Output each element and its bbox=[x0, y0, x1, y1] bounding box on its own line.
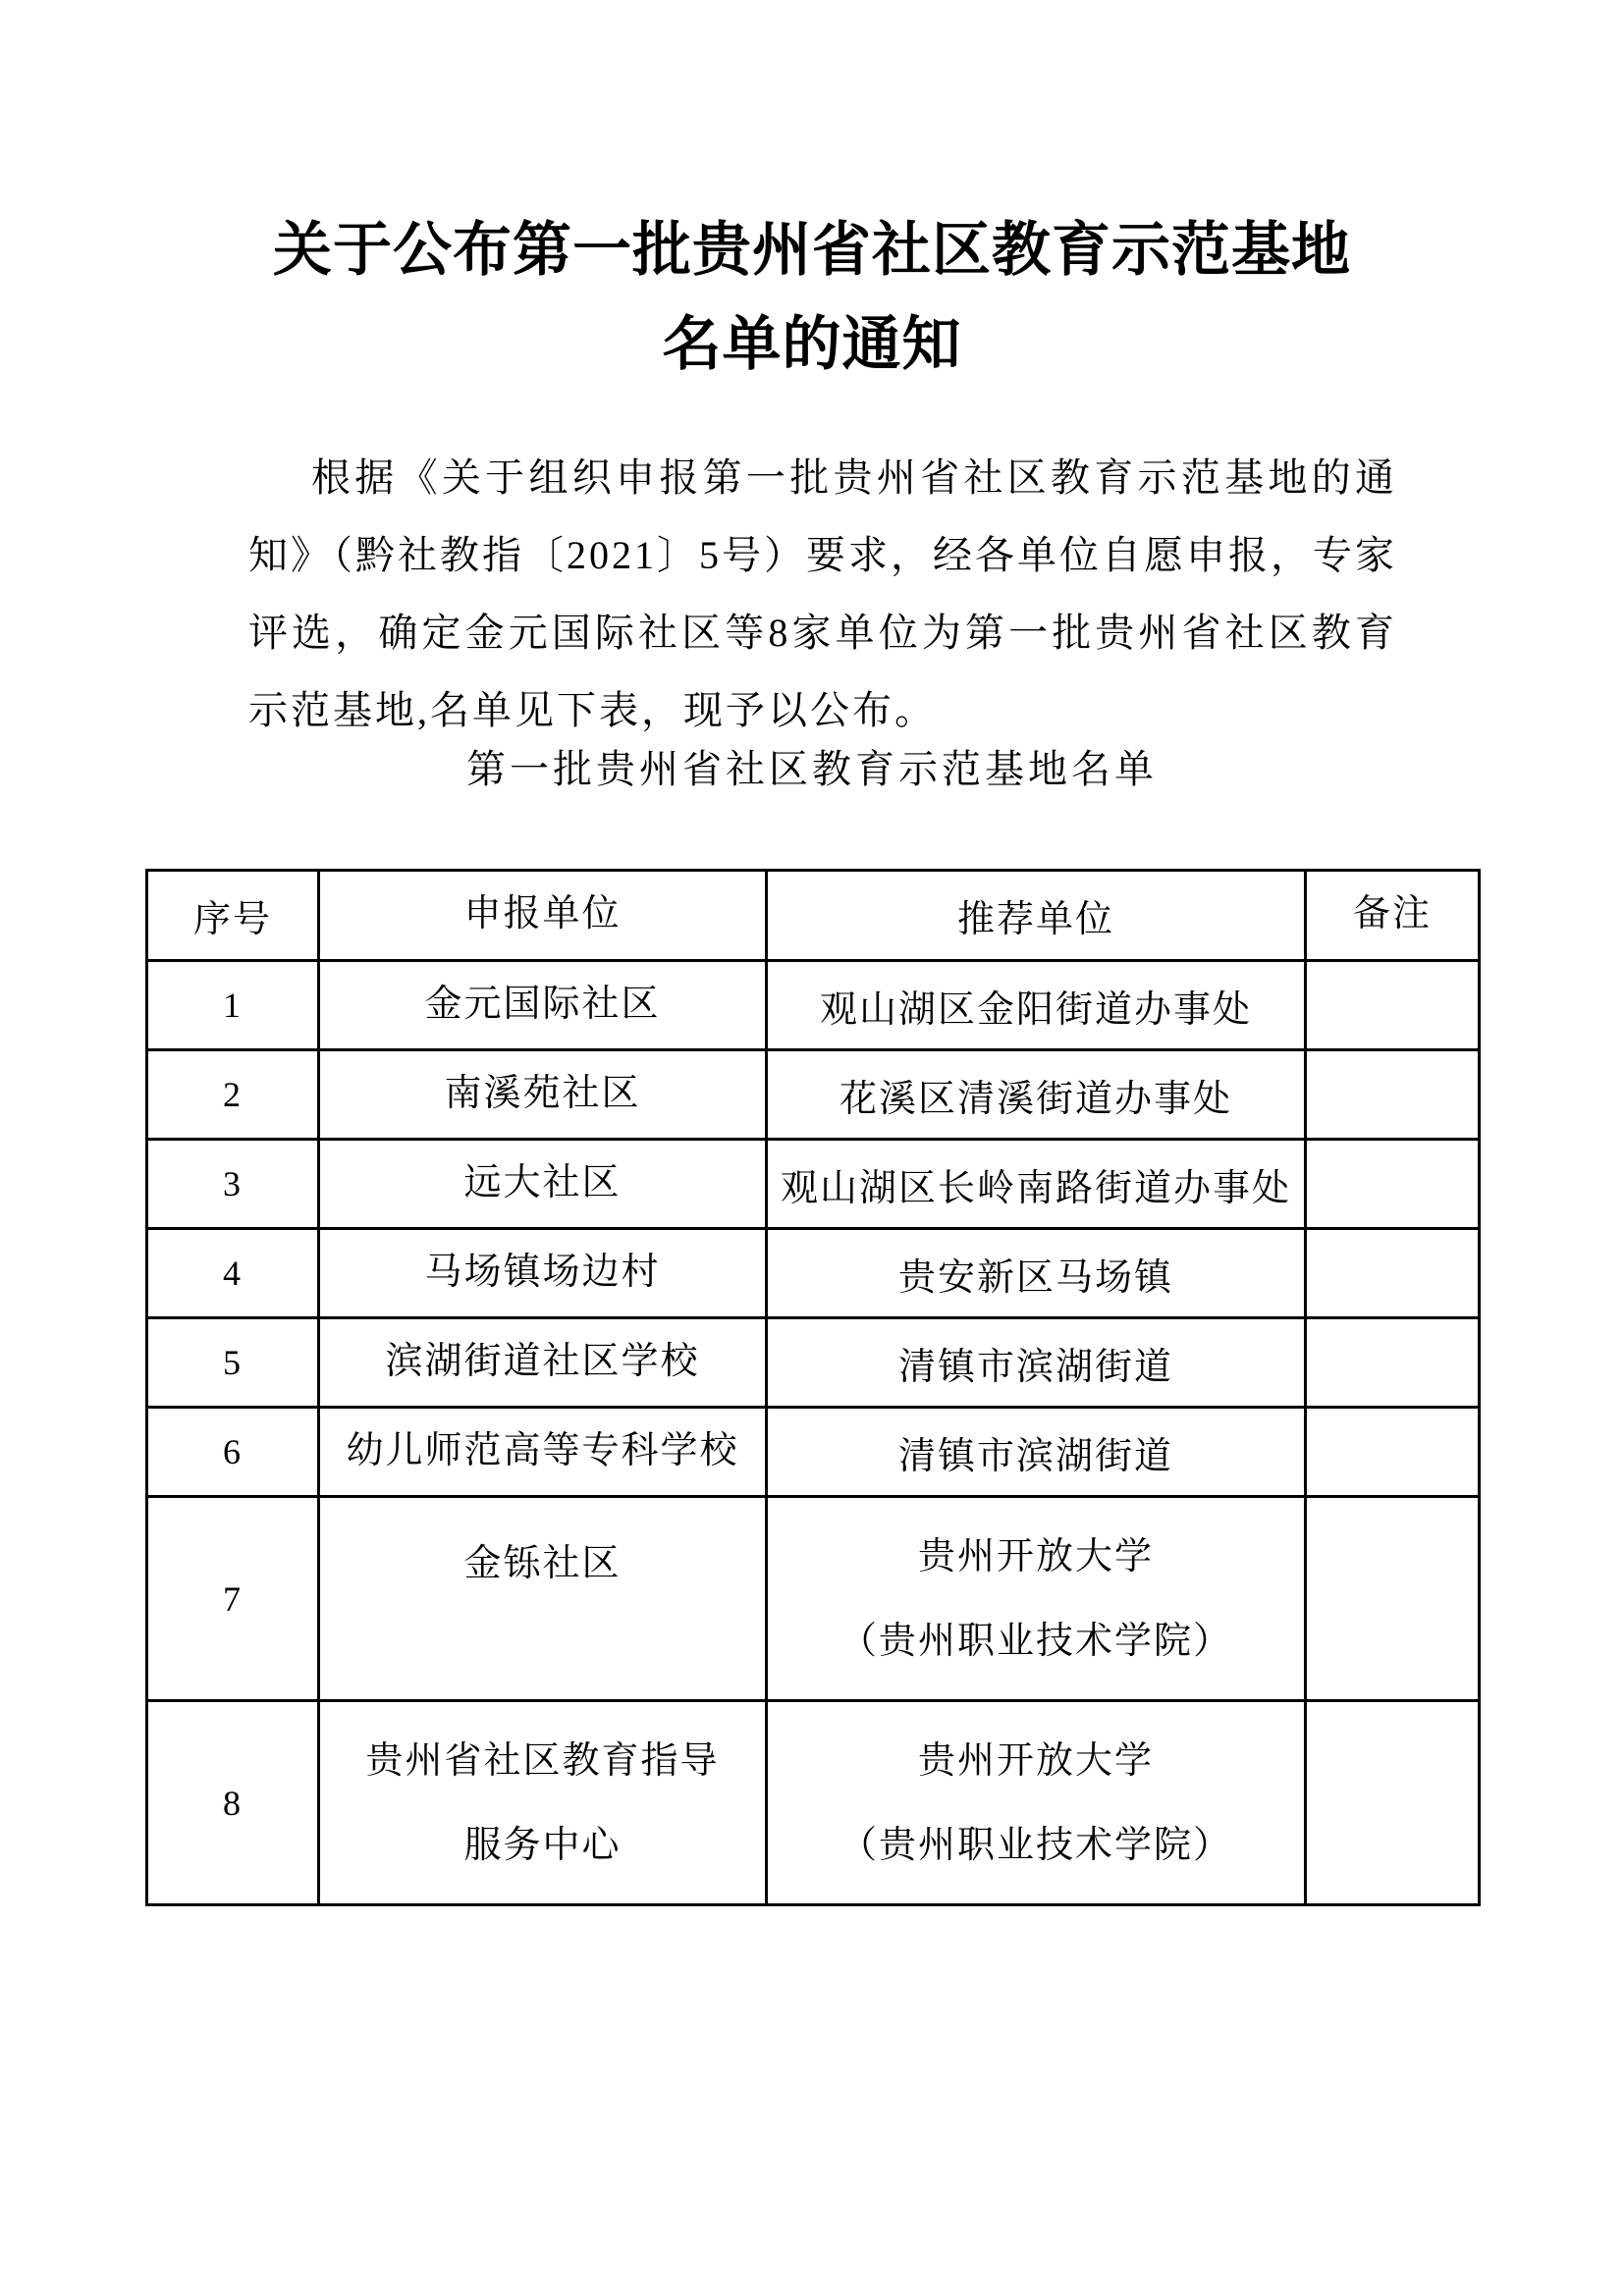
document-title-line-1: 关于公布第一批贵州省社区教育示范基地 bbox=[0, 216, 1624, 285]
cell-recommending-unit-line: （贵州职业技术学院） bbox=[768, 1599, 1304, 1683]
document-title-line-2: 名单的通知 bbox=[0, 310, 1624, 379]
cell-serial-no: 3 bbox=[147, 1140, 319, 1229]
cell-applicant-unit-text: 幼儿师范高等专科学校 bbox=[346, 1430, 738, 1471]
cell-applicant-unit: 金元国际社区 bbox=[319, 961, 767, 1050]
cell-remarks bbox=[1306, 961, 1480, 1050]
cell-recommending-unit-line: 贵州开放大学 bbox=[768, 1515, 1304, 1599]
body-paragraph: 根据《关于组织申报第一批贵州省社区教育示范基地的通知》（黔社教指〔2021〕5号… bbox=[248, 439, 1397, 749]
cell-recommending-unit-line: （贵州职业技术学院） bbox=[768, 1803, 1304, 1888]
header-applicant-unit-label: 申报单位 bbox=[463, 893, 621, 934]
cell-applicant-unit: 滨湖街道社区学校 bbox=[319, 1318, 767, 1408]
cell-applicant-unit-text: 金元国际社区 bbox=[424, 984, 660, 1025]
cell-serial-no: 8 bbox=[147, 1701, 319, 1905]
cell-applicant-unit-text: 滨湖街道社区学校 bbox=[385, 1341, 699, 1382]
table-header-row: 序号 申报单位 推荐单位 备注 bbox=[147, 871, 1480, 961]
header-recommending-unit: 推荐单位 bbox=[767, 871, 1306, 961]
cell-applicant-unit: 金铄社区 bbox=[319, 1497, 767, 1701]
table-row: 6 幼儿师范高等专科学校 清镇市滨湖街道 bbox=[147, 1408, 1480, 1497]
table-row: 5 滨湖街道社区学校 清镇市滨湖街道 bbox=[147, 1318, 1480, 1408]
cell-recommending-unit-line: 贵州开放大学 bbox=[768, 1719, 1304, 1803]
cell-recommending-unit: 贵州开放大学 （贵州职业技术学院） bbox=[767, 1701, 1306, 1905]
cell-applicant-unit: 幼儿师范高等专科学校 bbox=[319, 1408, 767, 1497]
cell-applicant-unit: 马场镇场边村 bbox=[319, 1229, 767, 1318]
cell-remarks bbox=[1306, 1497, 1480, 1701]
cell-remarks bbox=[1306, 1229, 1480, 1318]
cell-recommending-unit: 贵州开放大学 （贵州职业技术学院） bbox=[767, 1497, 1306, 1701]
cell-remarks bbox=[1306, 1408, 1480, 1497]
cell-serial-no: 2 bbox=[147, 1050, 319, 1140]
cell-applicant-unit-line: 金铄社区 bbox=[320, 1522, 765, 1606]
cell-recommending-unit: 贵安新区马场镇 bbox=[767, 1229, 1306, 1318]
cell-applicant-unit-text: 南溪苑社区 bbox=[444, 1073, 640, 1114]
cell-remarks bbox=[1306, 1140, 1480, 1229]
header-remarks: 备注 bbox=[1306, 871, 1480, 961]
cell-applicant-unit-line: 贵州省社区教育指导 bbox=[320, 1719, 765, 1803]
cell-remarks bbox=[1306, 1050, 1480, 1140]
cell-serial-no: 1 bbox=[147, 961, 319, 1050]
cell-applicant-unit: 贵州省社区教育指导 服务中心 bbox=[319, 1701, 767, 1905]
cell-recommending-unit: 清镇市滨湖街道 bbox=[767, 1408, 1306, 1497]
cell-recommending-unit: 观山湖区长岭南路街道办事处 bbox=[767, 1140, 1306, 1229]
cell-applicant-unit-text: 马场镇场边村 bbox=[424, 1252, 660, 1293]
header-applicant-unit: 申报单位 bbox=[319, 871, 767, 961]
table-row: 3 远大社区 观山湖区长岭南路街道办事处 bbox=[147, 1140, 1480, 1229]
cell-serial-no: 7 bbox=[147, 1497, 319, 1701]
cell-serial-no: 6 bbox=[147, 1408, 319, 1497]
demo-base-list-table: 序号 申报单位 推荐单位 备注 1 金元国际社区 观山湖区金阳街道办事处 2 南… bbox=[145, 869, 1481, 1906]
cell-recommending-unit: 观山湖区金阳街道办事处 bbox=[767, 961, 1306, 1050]
table-row: 4 马场镇场边村 贵安新区马场镇 bbox=[147, 1229, 1480, 1318]
cell-recommending-unit: 清镇市滨湖街道 bbox=[767, 1318, 1306, 1408]
cell-serial-no: 5 bbox=[147, 1318, 319, 1408]
cell-applicant-unit: 远大社区 bbox=[319, 1140, 767, 1229]
cell-serial-no: 4 bbox=[147, 1229, 319, 1318]
header-remarks-label: 备注 bbox=[1353, 893, 1432, 934]
cell-remarks bbox=[1306, 1318, 1480, 1408]
table-row: 1 金元国际社区 观山湖区金阳街道办事处 bbox=[147, 961, 1480, 1050]
table-row: 8 贵州省社区教育指导 服务中心 贵州开放大学 （贵州职业技术学院） bbox=[147, 1701, 1480, 1905]
cell-remarks bbox=[1306, 1701, 1480, 1905]
header-serial-no: 序号 bbox=[147, 871, 319, 961]
table-row: 7 金铄社区 贵州开放大学 （贵州职业技术学院） bbox=[147, 1497, 1480, 1701]
cell-applicant-unit: 南溪苑社区 bbox=[319, 1050, 767, 1140]
cell-applicant-unit-line: 服务中心 bbox=[320, 1803, 765, 1888]
cell-recommending-unit: 花溪区清溪街道办事处 bbox=[767, 1050, 1306, 1140]
table-row: 2 南溪苑社区 花溪区清溪街道办事处 bbox=[147, 1050, 1480, 1140]
table-title: 第一批贵州省社区教育示范基地名单 bbox=[0, 744, 1624, 795]
cell-applicant-unit-text: 远大社区 bbox=[463, 1162, 621, 1203]
